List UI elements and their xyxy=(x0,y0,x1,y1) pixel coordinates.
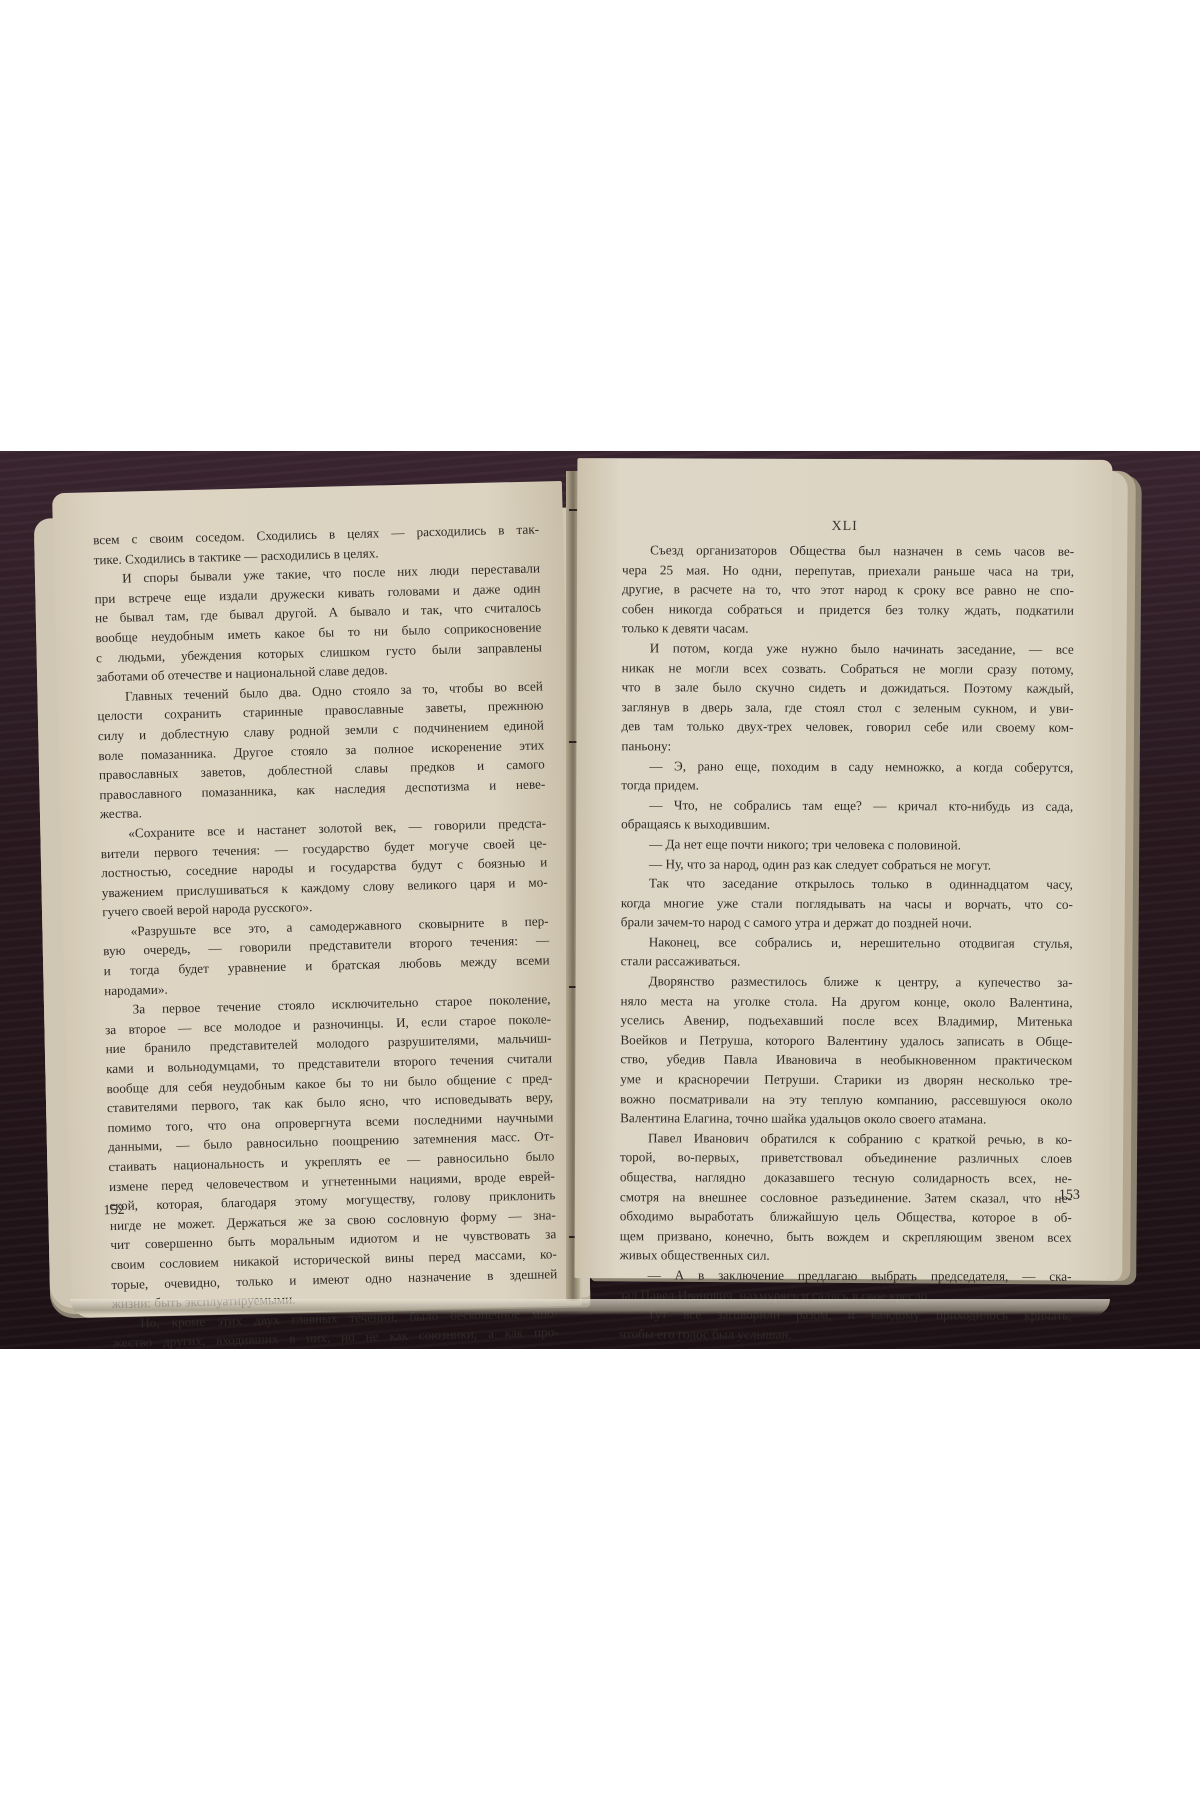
text-line: другие, в расчете на то, что этот народ … xyxy=(622,579,1074,600)
text-line: — Ну, что за народ, один раз как следует… xyxy=(621,854,1073,875)
text-line: И потом, когда уже нужно было начинать з… xyxy=(622,638,1074,659)
text-line: Наконец, все собрались и, нерешительно о… xyxy=(621,932,1073,953)
text-line: Так что заседание открылось только в оди… xyxy=(621,873,1073,894)
text-line: чтобы его голос был услышан. xyxy=(619,1324,1071,1345)
text-line: Валентина Елагина, точно шайка удальцов … xyxy=(620,1108,1072,1129)
text-line: собен никогда собраться и придется без т… xyxy=(622,599,1074,620)
text-line: щем призвано, конечно, быть вождем и скр… xyxy=(620,1226,1072,1247)
text-line: — Э, рано еще, походим в саду немножко, … xyxy=(621,756,1073,777)
text-line: стали рассаживаться. xyxy=(621,952,1073,973)
text-line: тогда придем. xyxy=(621,775,1073,796)
right-page-number: 153 xyxy=(1059,1186,1080,1206)
text-line: ство, убедив Павла Ивановича в необыкнов… xyxy=(620,1050,1072,1071)
right-page: XLI Съезд организаторов Общества был наз… xyxy=(575,458,1113,1280)
text-line: общества, наглядно доказавшего тесную со… xyxy=(620,1167,1072,1188)
text-line: Съезд организаторов Общества был назначе… xyxy=(622,540,1074,561)
text-line: чера 25 мая. Но одни, перепутав, приехал… xyxy=(622,560,1074,581)
right-page-text: Съезд организаторов Общества был назначе… xyxy=(619,540,1074,1349)
text-line: заглянув в дверь зала, где стоял стол с … xyxy=(622,697,1074,718)
text-line: что в зале было скучно сидеть и дожидать… xyxy=(622,677,1074,698)
text-line: Председателем единогласно выбрали самого… xyxy=(619,1344,1071,1349)
text-line: — Что, не собрались там еще? — кричал кт… xyxy=(621,795,1073,816)
book-photo: всем с своим соседом. Сходились в целях … xyxy=(0,451,1200,1349)
left-page: всем с своим соседом. Сходились в целях … xyxy=(52,481,582,1318)
text-line: смотря на внешнее сословное разъединение… xyxy=(620,1187,1072,1208)
text-line: паньону: xyxy=(621,736,1073,757)
text-line: только к девяти часам. xyxy=(622,619,1074,640)
text-line: обращаясь к выходившим. xyxy=(621,815,1073,836)
text-line: брали зачем-то народ с самого утра и дер… xyxy=(621,913,1073,934)
spine-stitch xyxy=(569,509,577,511)
text-line: — Да нет еще почти никого; три человека … xyxy=(621,834,1073,855)
text-line: — А в заключение предлагаю выбрать предс… xyxy=(620,1265,1072,1286)
text-line: обходимо выработать ближайшую цель Общес… xyxy=(620,1206,1072,1227)
text-line: няло места на уголке стола. На другом ко… xyxy=(621,991,1073,1012)
page-edges xyxy=(70,1299,1110,1315)
text-line: Воейков и Петруша, которого Валентину уд… xyxy=(620,1030,1072,1051)
text-line: дев там только двух-трех человек, говори… xyxy=(621,717,1073,738)
text-line: Павел Иванович обратился к собранию с кр… xyxy=(620,1128,1072,1149)
chapter-heading: XLI xyxy=(577,516,1112,537)
text-line: вожно посматривали на эту теплую компани… xyxy=(620,1089,1072,1110)
left-page-text: всем с своим соседом. Сходились в целях … xyxy=(93,519,561,1349)
text-line: живых общественных сил. xyxy=(620,1246,1072,1267)
text-line: уме и красноречии Петруши. Старики из дв… xyxy=(620,1069,1072,1090)
text-line: торой, во-первых, приветствовал объедине… xyxy=(620,1148,1072,1169)
text-line: никак не могли всех созвать. Собраться н… xyxy=(622,658,1074,679)
text-line: когда многие уже стали поглядывать на ча… xyxy=(621,893,1073,914)
text-line: уселись Авенир, подъехавший после всех В… xyxy=(620,1010,1072,1031)
text-line: Дворянство разместилось ближе к центру, … xyxy=(621,971,1073,992)
left-page-number: 152 xyxy=(103,1201,124,1221)
